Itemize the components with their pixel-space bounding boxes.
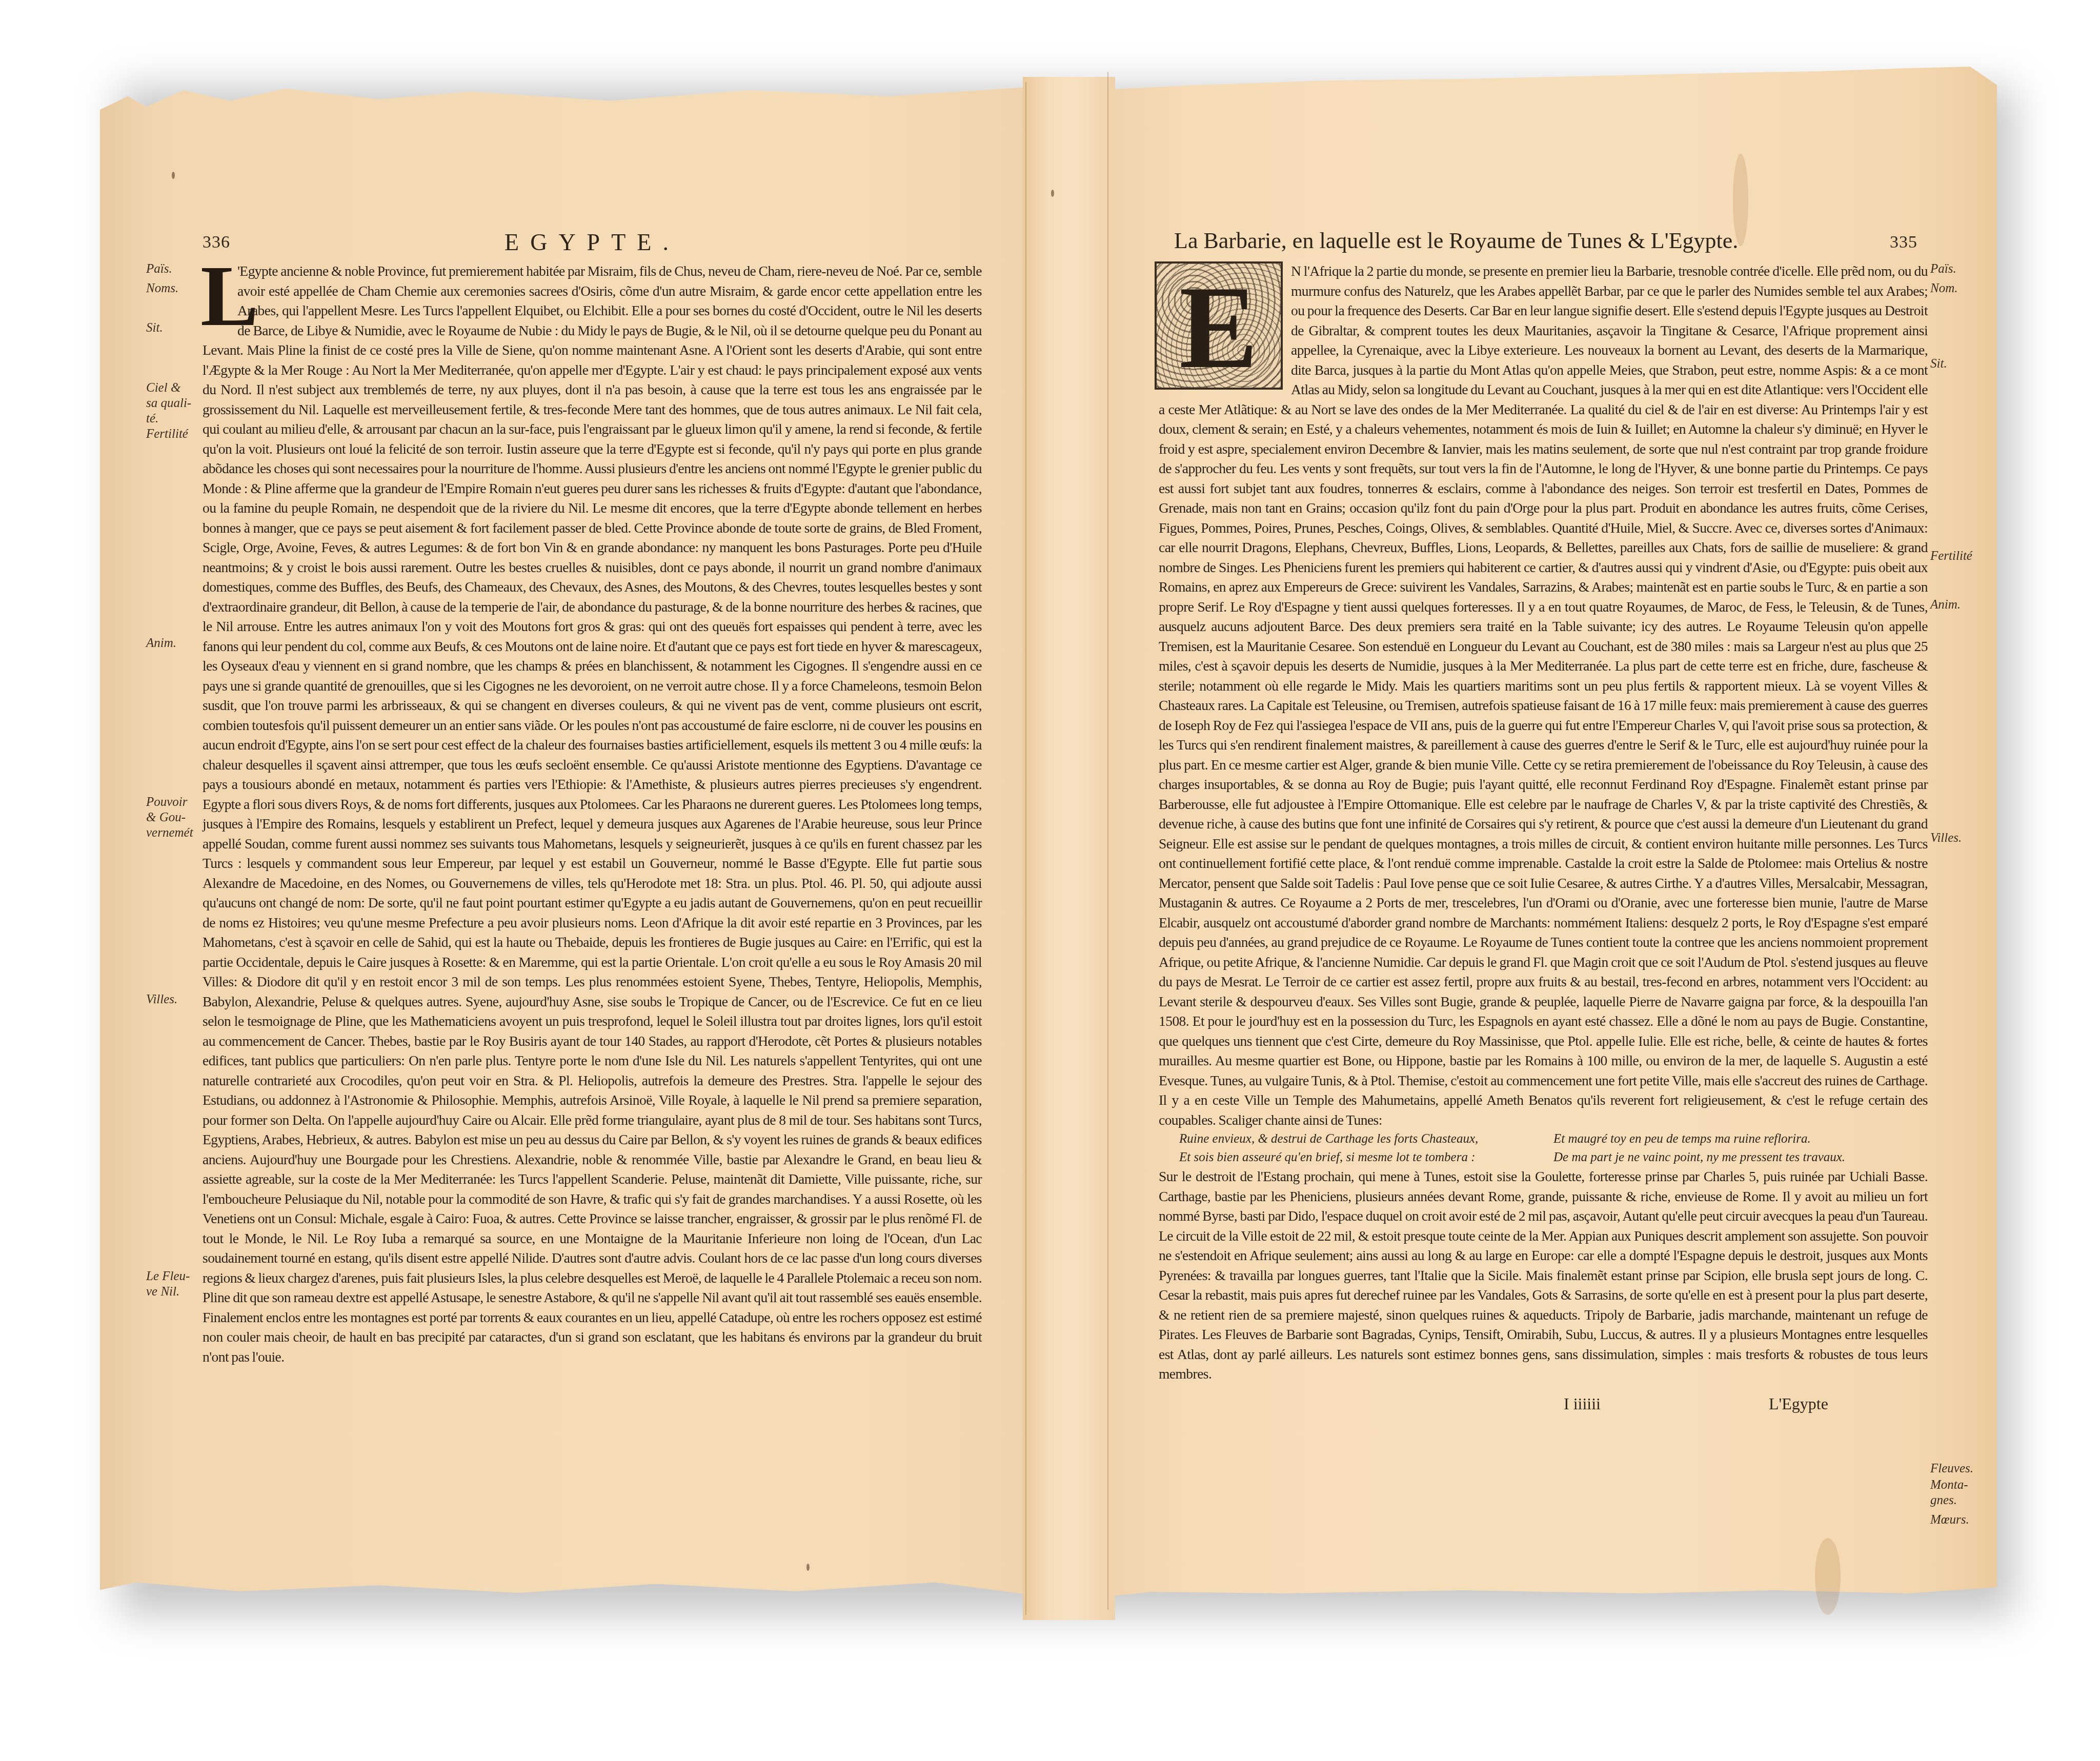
right-running-head: La Barbarie, en laquelle est le Royaume … (1159, 226, 1928, 261)
margin-note: Nom. (1930, 281, 1957, 296)
paragraph: N l'Afrique la 2 partie du monde, se pre… (1159, 261, 1928, 1130)
margin-note: Ciel & (146, 380, 180, 396)
verse-line: Et sois bien asseuré qu'en brief, si mes… (1179, 1148, 1553, 1167)
margin-note: té. (146, 411, 158, 427)
page-title: EGYPTE. (203, 229, 982, 256)
signature-mark: I iiiiii (1564, 1394, 1601, 1413)
verse-line: Et maugré toy en peu de temps ma ruine r… (1553, 1130, 1928, 1148)
right-body-text: E N l'Afrique la 2 partie du monde, se p… (1159, 261, 1928, 1130)
margin-note: Monta- (1930, 1477, 1968, 1493)
margin-note: Noms. (146, 281, 178, 296)
left-body-text: L 'Egypte ancienne & noble Province, fut… (203, 261, 982, 1367)
margin-note: Fleuves. (1930, 1461, 1973, 1476)
margin-note: Sit. (146, 320, 163, 336)
drop-cap-initial: L (200, 262, 231, 329)
margin-note: Villes. (1930, 831, 1962, 846)
right-page: La Barbarie, en laquelle est le Royaume … (1159, 226, 1928, 1420)
ink-speck (1051, 190, 1054, 197)
right-body-text-closing: Sur le destroit de l'Estang prochain, qu… (1159, 1167, 1928, 1384)
verse-line: Ruine envieux, & destrui de Carthage les… (1179, 1130, 1553, 1148)
catchword: L'Egypte (1769, 1394, 1828, 1413)
scaliger-verse: Ruine envieux, & destrui de Carthage les… (1159, 1130, 1928, 1167)
left-running-head: 336 EGYPTE. (203, 226, 982, 261)
margin-note: gnes. (1930, 1493, 1957, 1508)
page-number: 335 (1890, 233, 1917, 252)
fold-crease-right (1107, 72, 1108, 1610)
foxing-stain (1815, 1538, 1841, 1615)
verse-line: De ma part je ne vainc point, ny me pres… (1553, 1148, 1928, 1167)
margin-note: Païs. (1930, 261, 1956, 277)
margin-note: Pouvoir (146, 795, 188, 810)
margin-note: Anim. (146, 636, 176, 651)
drop-cap-initial: E (1179, 269, 1258, 387)
margin-note: Mœurs. (1930, 1512, 1969, 1528)
margin-note: sa quali- (146, 396, 191, 411)
page-footer: I iiiiii L'Egypte (1159, 1394, 1928, 1420)
right-body: Païs. Nom. Sit. Fertilité Anim. Villes. … (1159, 261, 1928, 1420)
margin-note: Anim. (1930, 597, 1961, 613)
fold-crease-left (1025, 82, 1026, 1615)
ink-speck (806, 1564, 810, 1571)
margin-note: Fertilité (146, 427, 188, 442)
ornamental-drop-cap: E (1155, 261, 1283, 390)
margin-note: vernemét (146, 825, 193, 841)
ink-speck (172, 172, 175, 179)
margin-note: & Gou- (146, 810, 186, 825)
paragraph: 'Egypte ancienne & noble Province, fut p… (203, 261, 982, 1367)
margin-note: Fertilité (1930, 549, 1972, 564)
paragraph: Sur le destroit de l'Estang prochain, qu… (1159, 1167, 1928, 1384)
center-fold (1023, 77, 1115, 1620)
margin-note: Païs. (146, 261, 172, 277)
left-body: Païs. Noms. Sit. Ciel & sa quali- té. Fe… (203, 261, 982, 1367)
margin-note: Sit. (1930, 356, 1947, 372)
left-page: 336 EGYPTE. Païs. Noms. Sit. Ciel & sa q… (203, 226, 982, 1367)
page-title: La Barbarie, en laquelle est le Royaume … (1174, 228, 1738, 254)
margin-note: Le Fleu- (146, 1269, 190, 1284)
margin-note: Villes. (146, 992, 177, 1007)
margin-note: ve Nil. (146, 1284, 179, 1300)
